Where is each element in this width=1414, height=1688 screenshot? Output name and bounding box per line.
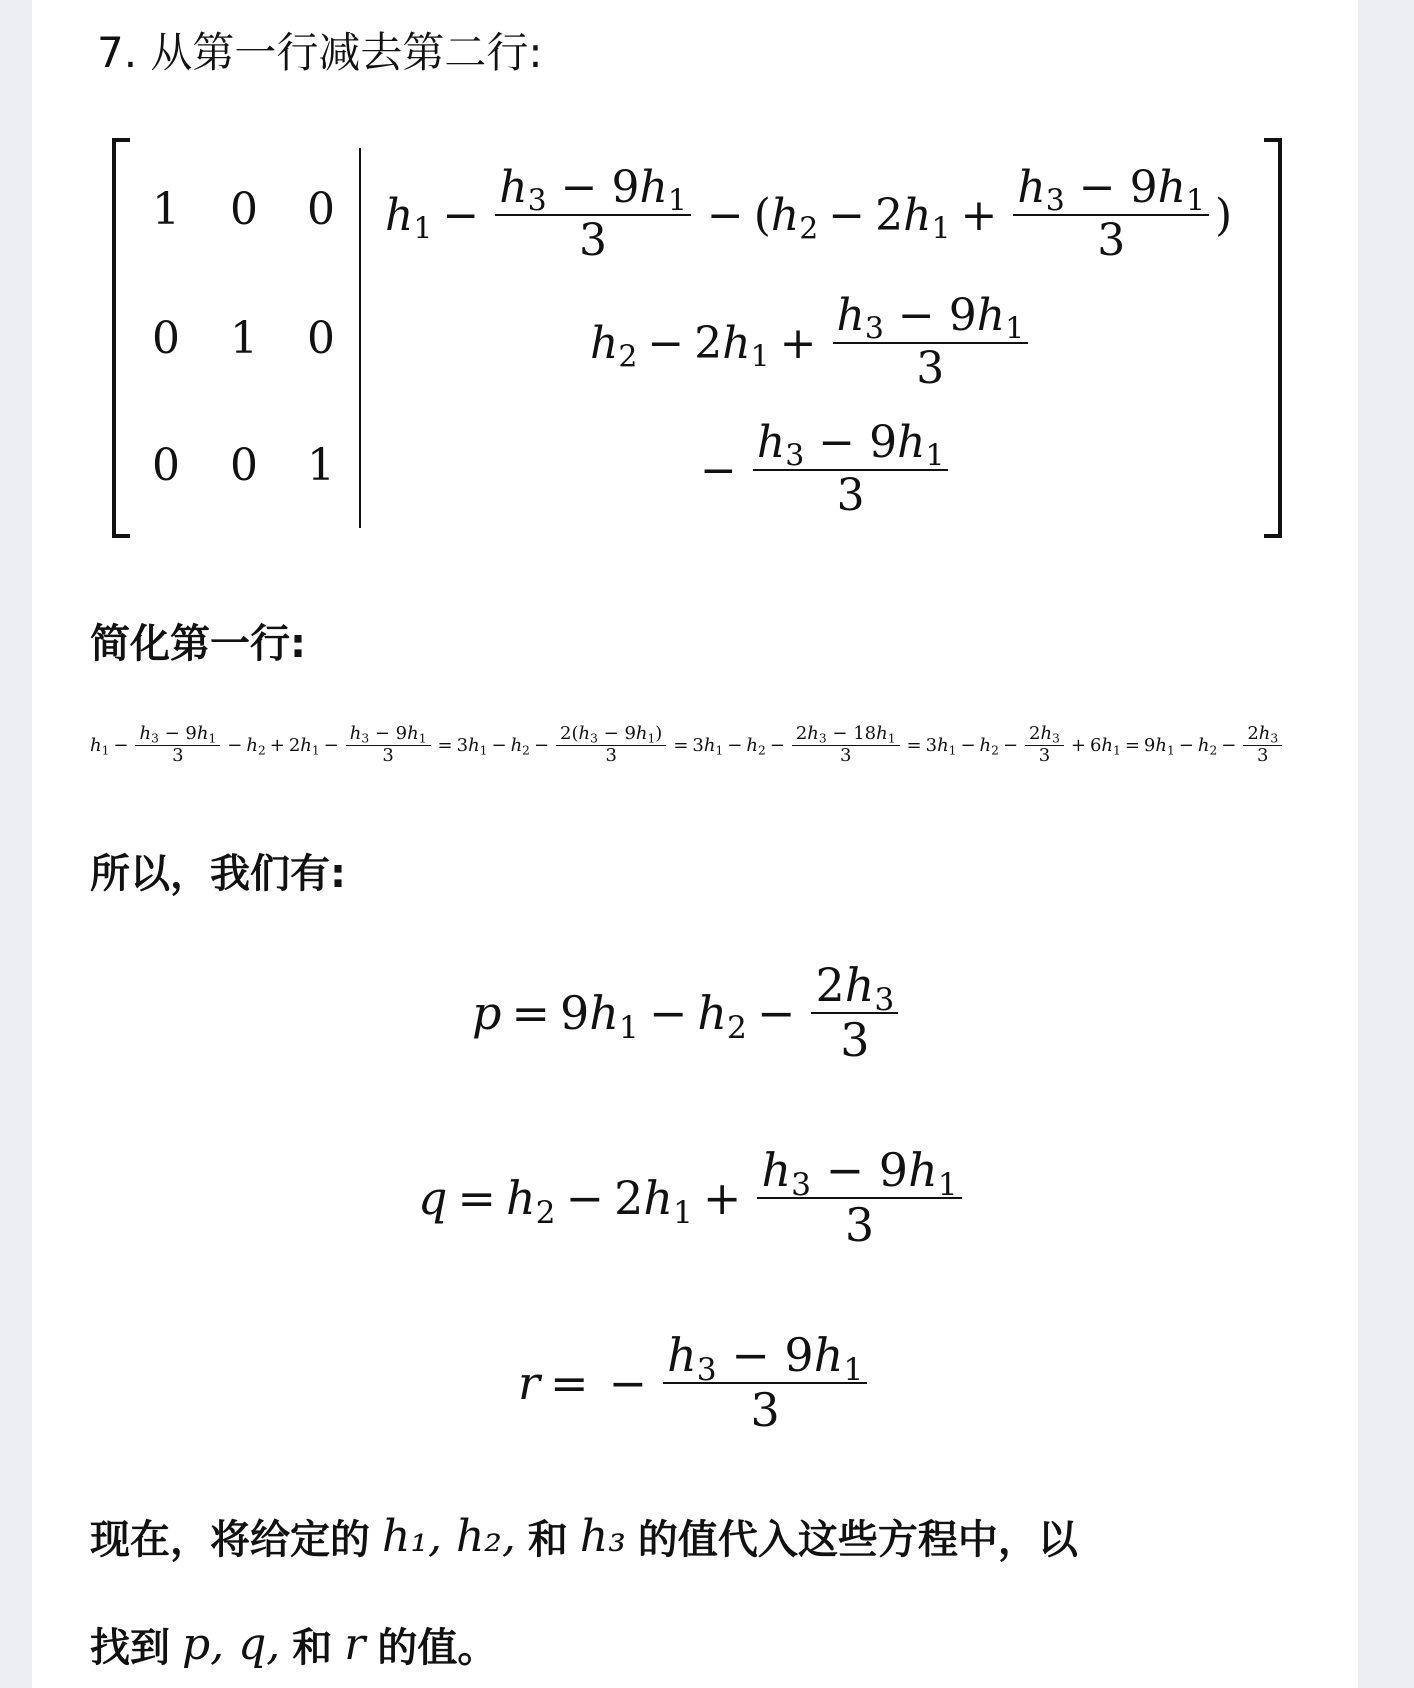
matrix-cell: 0 — [224, 440, 264, 491]
text: 的值代入这些方程中，以 — [638, 1508, 1078, 1565]
math-vars: h₁, h₂, — [382, 1511, 516, 1562]
math-var: r — [344, 1619, 365, 1670]
text: 找到 — [90, 1616, 170, 1673]
simplify-equation: h1− h3 − 9h13 −h2+2h1− h3 − 9h13 =3h1−h2… — [90, 724, 1330, 766]
step-heading: 7. 从第一行减去第二行: — [97, 20, 543, 80]
math-var: h₃ — [580, 1511, 626, 1562]
left-bracket — [112, 138, 130, 538]
matrix-row-2-expression: h2−2h1+ h3 − 9h13 — [590, 278, 1034, 408]
final-paragraph-line-2: 找到 p, q, 和 r 的值。 — [90, 1616, 497, 1673]
matrix-cell: 0 — [301, 184, 341, 235]
matrix-cell: 0 — [301, 313, 341, 364]
matrix-cell: 1 — [224, 313, 264, 364]
so-heading: 所以，我们有: — [90, 842, 346, 899]
matrix-cell: 0 — [146, 313, 186, 364]
equation-q: q=h2−2h1+ h3 − 9h13 — [418, 1133, 968, 1263]
equation-p: p=9h1−h2− 2h33 — [472, 948, 904, 1078]
simplify-heading: 简化第一行: — [90, 612, 306, 669]
final-paragraph-line-1: 现在，将给定的 h₁, h₂, 和 h₃ 的值代入这些方程中，以 — [90, 1508, 1078, 1565]
matrix-row-1-expression: h1− h3 − 9h13 −(h2−2h1+ h3 − 9h13) — [385, 150, 1232, 280]
matrix-cell: 1 — [301, 440, 341, 491]
matrix-cell: 0 — [224, 184, 264, 235]
equation-r: r=− h3 − 9h13 — [518, 1318, 873, 1448]
right-bracket — [1264, 138, 1282, 538]
math-vars: p, q, — [182, 1619, 280, 1670]
text: 和 — [528, 1508, 568, 1565]
augment-divider — [359, 148, 361, 528]
matrix-row-3-expression: − h3 − 9h13 — [690, 405, 954, 535]
text: 的值。 — [377, 1616, 497, 1673]
text: 现在，将给定的 — [90, 1508, 370, 1565]
text: 和 — [292, 1616, 332, 1673]
matrix-cell: 0 — [146, 440, 186, 491]
matrix-cell: 1 — [146, 184, 186, 235]
